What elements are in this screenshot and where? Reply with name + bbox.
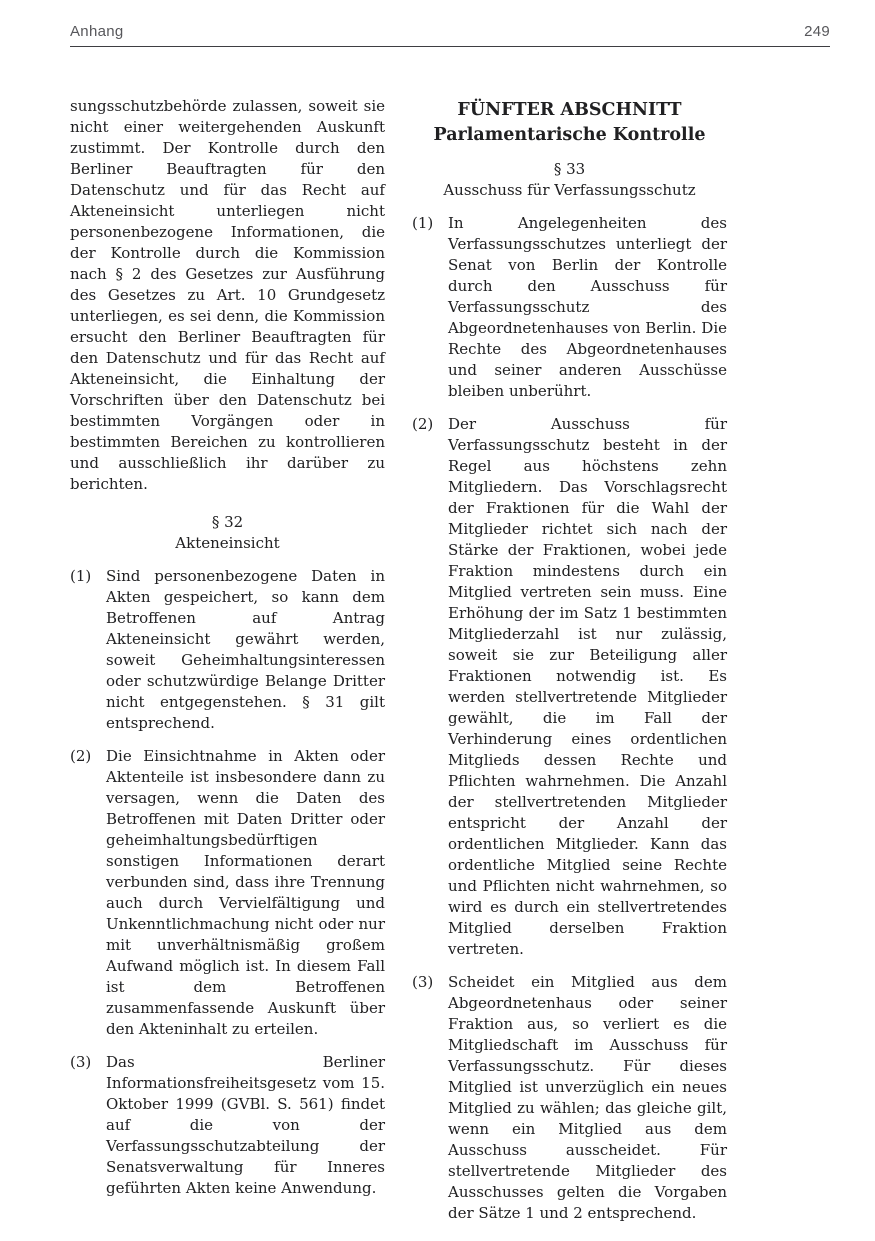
- numbered-paragraph: (3) Scheidet ein Mitglied aus dem Abgeor…: [412, 972, 727, 1224]
- paragraph-number: (3): [70, 1052, 106, 1199]
- header-title: Anhang: [70, 23, 124, 40]
- continuation-paragraph: sungsschutzbehörde zulassen, soweit sie …: [70, 96, 385, 495]
- right-column: FÜNFTER ABSCHNITT Parlamentarische Kontr…: [412, 96, 727, 1224]
- numbered-paragraph: (2) Die Einsichtnahme in Akten oder Akte…: [70, 746, 385, 1040]
- document-page: Anhang 249 sungsschutzbehörde zulassen, …: [0, 0, 875, 1241]
- paragraph-text: Das Berliner Informationsfreiheitsgesetz…: [106, 1052, 385, 1199]
- paragraph-text: Der Ausschuss für Verfassungsschutz best…: [448, 414, 727, 960]
- chapter-heading: FÜNFTER ABSCHNITT Parlamentarische Kontr…: [412, 98, 727, 148]
- numbered-paragraph: (1) Sind personenbezogene Daten in Akten…: [70, 566, 385, 734]
- section-number: § 32: [70, 512, 385, 533]
- section-heading-32: § 32 Akteneinsicht: [70, 512, 385, 554]
- paragraph-text: Die Einsichtnahme in Akten oder Aktentei…: [106, 746, 385, 1040]
- chapter-heading-line1: FÜNFTER ABSCHNITT: [412, 98, 727, 123]
- section-title: Ausschuss für Verfassungsschutz: [412, 180, 727, 201]
- paragraph-number: (3): [412, 972, 448, 1224]
- section-title: Akteneinsicht: [70, 533, 385, 554]
- section-heading-33: § 33 Ausschuss für Verfassungsschutz: [412, 159, 727, 201]
- paragraph-text: In Angelegenheiten des Verfassungsschutz…: [448, 213, 727, 402]
- chapter-heading-line2: Parlamentarische Kontrolle: [412, 123, 727, 148]
- left-column: sungsschutzbehörde zulassen, soweit sie …: [70, 96, 385, 1224]
- paragraph-text: Scheidet ein Mitglied aus dem Abgeordnet…: [448, 972, 727, 1224]
- paragraph-number: (1): [70, 566, 106, 734]
- section-number: § 33: [412, 159, 727, 180]
- paragraph-number: (2): [412, 414, 448, 960]
- text-columns: sungsschutzbehörde zulassen, soweit sie …: [70, 96, 727, 1224]
- numbered-paragraph: (2) Der Ausschuss für Verfassungsschutz …: [412, 414, 727, 960]
- numbered-paragraph: (1) In Angelegenheiten des Verfassungssc…: [412, 213, 727, 402]
- page-number: 249: [804, 23, 830, 40]
- running-header: Anhang 249: [70, 23, 830, 47]
- paragraph-number: (2): [70, 746, 106, 1040]
- numbered-paragraph: (3) Das Berliner Informationsfreiheitsge…: [70, 1052, 385, 1199]
- paragraph-text: Sind personenbezogene Daten in Akten ges…: [106, 566, 385, 734]
- paragraph-number: (1): [412, 213, 448, 402]
